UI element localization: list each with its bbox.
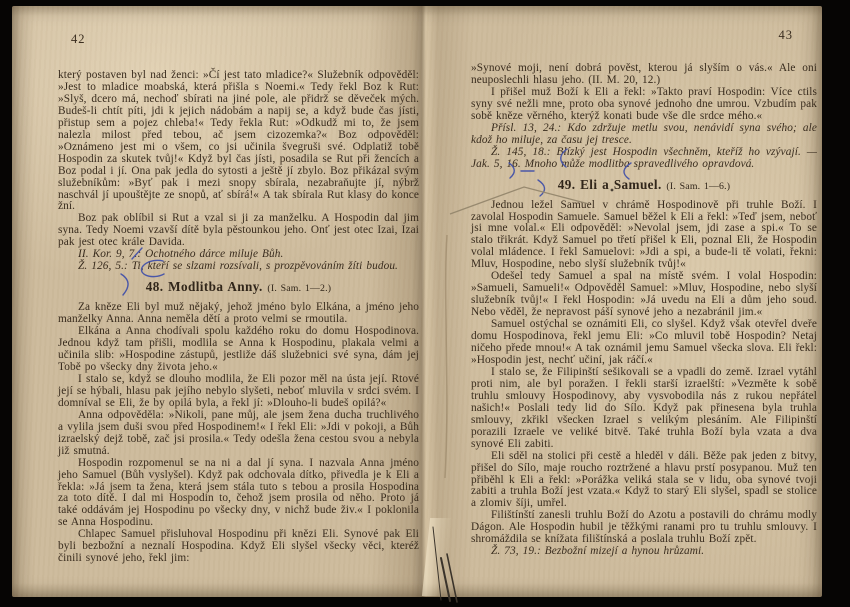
page-number-right: 43 xyxy=(471,28,817,43)
paragraph: Jednou ležel Samuel v chrámě Hospodinově… xyxy=(471,200,817,272)
paragraph: Za kněze Eli byl muž nějaký, jehož jméno… xyxy=(58,302,419,326)
paragraph: Eli sděl na stolici při cestě a hleděl v… xyxy=(471,451,817,511)
paragraph: I stalo se, když se dlouho modlila, že E… xyxy=(58,374,419,410)
section-heading-48: 48. Modlitba Anny. (I. Sam. 1—2.) xyxy=(58,280,419,296)
section-title: 49. Eli a Samuel. xyxy=(558,177,662,192)
scripture-quote: Přísl. 13, 24.: Kdo zdržuje metlu svou, … xyxy=(471,123,817,147)
paragraph: Odešel tedy Samuel a spal na místě svém.… xyxy=(471,271,817,319)
scripture-quote: Ž. 145, 18.: Blízký jest Hospodin všechn… xyxy=(471,147,817,171)
page-number-left: 42 xyxy=(71,32,86,47)
paragraph: Boz pak oblíbil si Rut a vzal si ji za m… xyxy=(58,213,419,249)
paragraph: Chlapec Samuel přisluhoval Hospodinu při… xyxy=(58,529,419,565)
paragraph: »Synové moji, není dobrá pověst, kterou … xyxy=(471,63,817,87)
paragraph: Elkána a Anna chodívali spolu každého ro… xyxy=(58,326,419,374)
section-reference: (I. Sam. 1—6.) xyxy=(666,181,730,192)
section-heading-49: 49. Eli a Samuel. (I. Sam. 1—6.) xyxy=(471,178,817,194)
text-column-right: »Synové moji, není dobrá pověst, kterou … xyxy=(471,63,817,558)
scripture-quote: Ž. 126, 5.: Ti, kteří se slzami rozsíval… xyxy=(58,261,419,273)
paragraph: Anna odpověděla: »Nikoli, pane můj, ale … xyxy=(58,410,419,458)
paragraph: Samuel ostýchal se oznámiti Eli, co slyš… xyxy=(471,319,817,367)
book-scan: 42 který postaven byl nad ženci: »Čí jes… xyxy=(0,0,850,607)
text-column-left: který postaven byl nad ženci: »Čí jest t… xyxy=(58,70,419,565)
paragraph: Hospodin rozpomenul se na ni a dal jí sy… xyxy=(58,458,419,530)
paragraph: který postaven byl nad ženci: »Čí jest t… xyxy=(58,70,419,213)
paragraph: I stalo se, že Filipinští sešikovali se … xyxy=(471,367,817,451)
scripture-quote: Ž. 73, 19.: Bezbožní mizejí a hynou hrůz… xyxy=(471,546,817,558)
section-title: 48. Modlitba Anny. xyxy=(146,279,263,294)
section-reference: (I. Sam. 1—2.) xyxy=(267,283,331,294)
paragraph: I přišel muž Boží k Eli a řekl: »Takto p… xyxy=(471,87,817,123)
paragraph: Filištínští zanesli truhlu Boží do Azotu… xyxy=(471,510,817,546)
